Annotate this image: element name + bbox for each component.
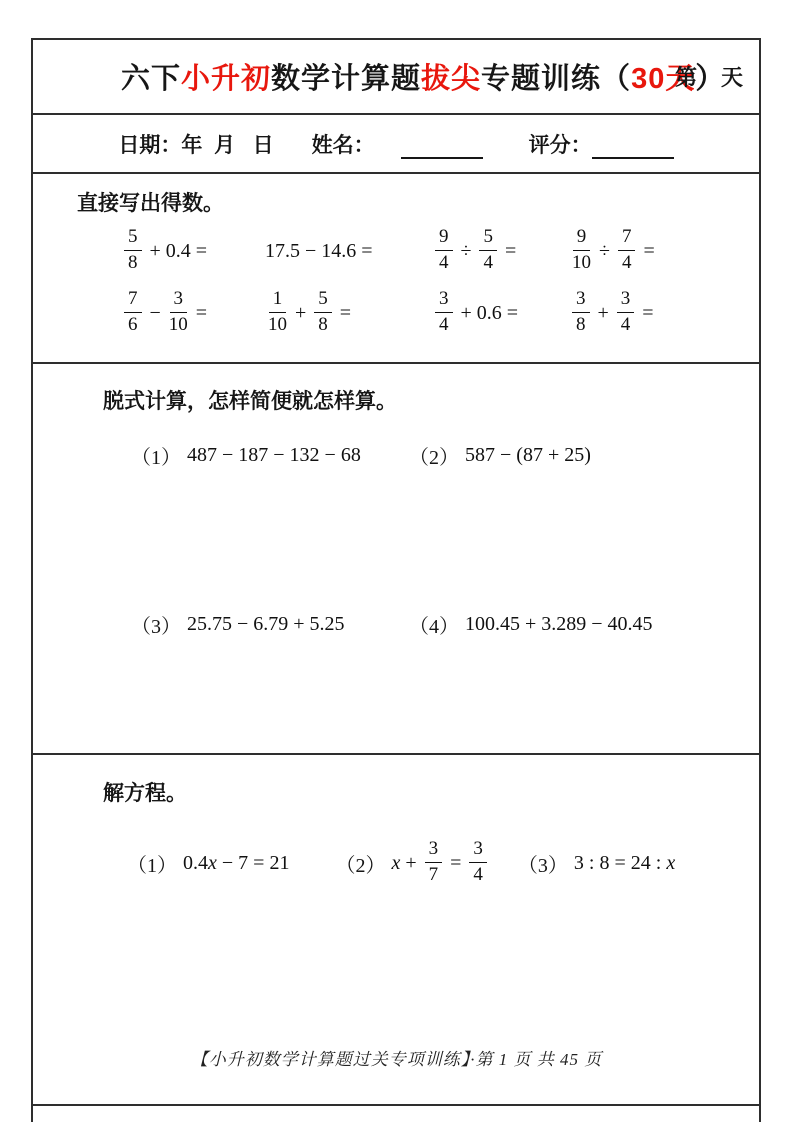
math-text: = [637,302,653,325]
title-row: 六下小升初数学计算题拔尖专题训练（30天） 第 天 [33,40,759,115]
math-text: + 0.6 = [456,302,519,325]
name-label: 姓名： [312,129,375,159]
math-variable: x [666,852,675,875]
math-variable: x [208,852,217,875]
equation-problem-row: （1） 0.4x − 7 = 21 （2） x + 37 = 34 （3） 3 … [33,833,759,893]
problem-item: （2） x + 37 = 34 [335,840,489,887]
problem-expression: 0.4x − 7 = 21 [183,852,289,875]
fraction-denominator: 10 [572,251,591,274]
math-expression: 76 − 310 = [121,285,265,341]
title-part: 六下 [121,63,181,95]
math-text: 487 − 187 − 132 − 68 [187,444,361,467]
math-text: − [145,302,166,325]
math-text: 100.45 + 3.289 − 40.45 [465,613,653,636]
fraction-denominator: 6 [128,313,138,336]
fraction-numerator: 7 [618,227,636,251]
math-expression: 910 ÷ 74 = [569,223,759,279]
problem-number: （1） [127,849,177,878]
fraction-denominator: 7 [429,863,439,886]
math-text: + [290,302,311,325]
right-border-stub [759,1104,761,1122]
problem-item: （3） 3 : 8 = 24 : x [518,849,675,878]
problem-number: （2） [409,441,459,470]
score-blank-line [592,143,674,159]
day-prefix-label: 第 [675,61,697,92]
fraction-denominator: 4 [622,251,632,274]
stepwise-problem-row: （1） 487 − 187 − 132 − 68 （2） 587 − (87 +… [33,441,759,470]
section-equations-heading: 解方程。 [103,777,759,807]
math-text: 0.4 [183,852,208,875]
section-stepwise-heading: 脱式计算，怎样简便就怎样算。 [103,385,759,415]
stepwise-problem-row: （3） 25.75 − 6.79 + 5.25 （4） 100.45 + 3.2… [33,610,759,639]
title-part-highlight: 拔尖 [421,63,481,95]
date-label: 日期：年 月 日 [118,129,273,159]
problem-expression: 487 − 187 − 132 − 68 [187,444,361,467]
title-part-highlight: 小升初 [181,63,271,95]
fraction: 38 [572,289,590,336]
math-text: = [191,302,207,325]
problem-item: （3） 25.75 − 6.79 + 5.25 [131,610,409,639]
fraction: 54 [479,227,497,274]
math-text: = [638,240,654,263]
problem-item: （4） 100.45 + 3.289 − 40.45 [409,610,759,639]
fraction-denominator: 8 [318,313,328,336]
fraction: 34 [469,839,487,886]
page-title: 六下小升初数学计算题拔尖专题训练（30天） [67,23,726,130]
fraction-numerator: 3 [617,289,635,313]
fraction: 910 [572,227,591,274]
fraction-numerator: 3 [170,289,188,313]
fraction: 94 [435,227,453,274]
title-part: 数学计算题 [271,63,421,95]
problem-expression: 25.75 − 6.79 + 5.25 [187,613,345,636]
problem-item: （1） 487 − 187 − 132 − 68 [131,441,409,470]
fraction: 58 [124,227,142,274]
fraction: 110 [268,289,287,336]
oral-expression-grid: 58 + 0.4 = 17.5 − 14.6 = 94 ÷ 54 = 910 ÷… [33,217,759,341]
math-text: + [593,302,614,325]
math-expression: 38 + 34 = [569,285,759,341]
fraction: 34 [435,289,453,336]
math-expression: 58 + 0.4 = [121,223,265,279]
title-part: 专题训练（ [481,63,631,95]
fraction-denominator: 10 [268,313,287,336]
fraction-numerator: 5 [479,227,497,251]
problem-expression: 587 − (87 + 25) [465,444,591,467]
math-text: = [335,302,351,325]
math-text: = [500,240,516,263]
score-label: 评分： [529,129,592,159]
problem-expression: 3 : 8 = 24 : x [574,852,675,875]
problem-expression: 100.45 + 3.289 − 40.45 [465,613,653,636]
fraction-denominator: 4 [621,313,631,336]
fraction-numerator: 7 [124,289,142,313]
math-variable: x [391,852,400,875]
math-text: = [445,852,466,875]
fraction: 37 [425,839,443,886]
worksheet-table: 六下小升初数学计算题拔尖专题训练（30天） 第 天 日期：年 月 日 姓名： 评… [31,38,761,1106]
fraction: 58 [314,289,332,336]
fraction-numerator: 9 [573,227,591,251]
meta-row: 日期：年 月 日 姓名： 评分： [33,115,759,174]
fraction-denominator: 4 [439,251,449,274]
math-text: + 0.4 = [145,240,208,263]
day-number-field: 第 天 [675,40,749,113]
problem-number: （4） [409,610,459,639]
math-text: + [400,852,421,875]
fraction-denominator: 4 [439,313,449,336]
fraction-numerator: 5 [124,227,142,251]
math-text: ÷ [456,240,477,263]
math-text: 587 − (87 + 25) [465,444,591,467]
section-oral-calculation: 直接写出得数。 58 + 0.4 = 17.5 − 14.6 = 94 ÷ 54… [33,174,759,364]
fraction: 74 [618,227,636,274]
section-oral-heading: 直接写出得数。 [77,187,759,217]
math-text: − 7 = 21 [217,852,290,875]
fraction-denominator: 4 [473,863,483,886]
section-stepwise-calculation: 脱式计算，怎样简便就怎样算。 （1） 487 − 187 − 132 − 68 … [33,364,759,755]
math-text: 17.5 − 14.6 = [265,240,373,263]
problem-number: （2） [335,849,385,878]
fraction-denominator: 8 [128,251,138,274]
problem-number: （3） [518,849,568,878]
math-expression: 17.5 − 14.6 = [265,223,432,279]
problem-item: （2） 587 − (87 + 25) [409,441,759,470]
fraction-numerator: 1 [269,289,287,313]
fraction: 34 [617,289,635,336]
day-suffix-label: 天 [721,61,743,92]
math-expression: 94 ÷ 54 = [432,223,569,279]
fraction-numerator: 5 [314,289,332,313]
problem-item: （1） 0.4x − 7 = 21 [127,849,289,878]
math-expression: 34 + 0.6 = [432,285,569,341]
fraction-numerator: 3 [469,839,487,863]
fraction: 76 [124,289,142,336]
fraction-denominator: 10 [169,313,188,336]
fraction-denominator: 4 [483,251,493,274]
math-text: 3 : 8 = 24 : [574,852,666,875]
name-blank-line [401,143,483,159]
problem-expression: x + 37 = 34 [391,840,489,887]
fraction-numerator: 9 [435,227,453,251]
fraction: 310 [169,289,188,336]
fraction-numerator: 3 [425,839,443,863]
fraction-denominator: 8 [576,313,586,336]
math-text: 25.75 − 6.79 + 5.25 [187,613,345,636]
fraction-numerator: 3 [435,289,453,313]
problem-number: （3） [131,610,181,639]
math-expression: 110 + 58 = [265,285,432,341]
page-footer-text: 【小升初数学计算题过关专项训练】·第 1 页 共 45 页 [0,1045,793,1070]
problem-number: （1） [131,441,181,470]
left-border-stub [31,1104,33,1122]
fraction-numerator: 3 [572,289,590,313]
math-text: ÷ [594,240,615,263]
